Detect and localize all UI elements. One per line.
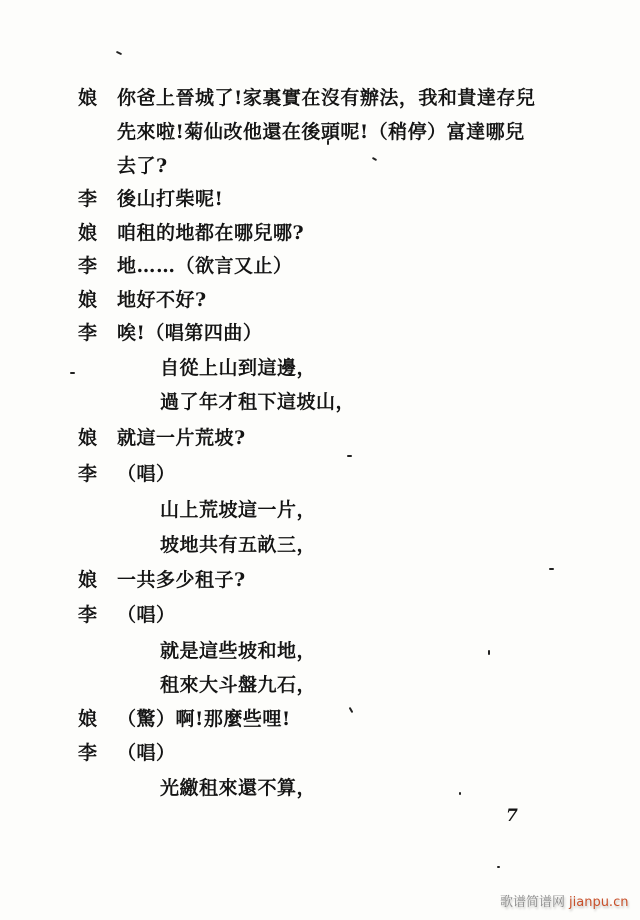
- dialogue-text: 就這一片荒坡?: [117, 424, 246, 452]
- dialogue-text: （驚）啊!那麼些哩!: [117, 705, 291, 733]
- dialogue-text: 你爸上晉城了!家裏實在沒有辦法，我和貴達存兒: [117, 84, 535, 112]
- verse-text: 就是這些坡和地，: [160, 637, 316, 665]
- scan-speck: [549, 568, 554, 570]
- watermark: 歌谱简谱网jianpu.cn: [500, 891, 628, 910]
- verse-text: 租來大斗盤九石，: [160, 671, 316, 699]
- dialogue-text: 地好不好?: [117, 286, 207, 314]
- scan-speck: [349, 707, 354, 713]
- dialogue-text: （唱）: [117, 601, 176, 629]
- verse-text: 光繳租來還不算，: [160, 774, 316, 802]
- dialogue-text: 去了?: [117, 152, 168, 180]
- page-number: 7: [506, 806, 518, 826]
- scan-speck: [497, 866, 500, 868]
- speaker-label: 娘: [78, 219, 102, 247]
- scan-speck: [372, 157, 377, 161]
- scan-speck: [116, 51, 122, 55]
- speaker-label: 李: [78, 319, 102, 347]
- dialogue-text: 地……（欲言又止）: [117, 252, 293, 280]
- dialogue-text: 一共多少租子?: [117, 566, 246, 594]
- scanned-page: 娘你爸上晉城了!家裏實在沒有辦法，我和貴達存兒先來啦!菊仙改他還在後頭呢!（稍停…: [0, 0, 640, 920]
- speaker-label: 娘: [78, 286, 102, 314]
- verse-text: 山上荒坡這一片，: [160, 496, 316, 524]
- scan-speck: [347, 455, 352, 457]
- dialogue-text: （唱）: [117, 460, 176, 488]
- dialogue-text: 先來啦!菊仙改他還在後頭呢!（稍停）富達哪兒: [117, 118, 525, 146]
- verse-text: 坡地共有五畝三，: [160, 531, 316, 559]
- speaker-label: 李: [78, 252, 102, 280]
- speaker-label: 娘: [78, 566, 102, 594]
- scan-speck: [327, 140, 329, 145]
- watermark-label: 歌谱简谱网: [500, 895, 565, 910]
- scan-speck: [488, 650, 490, 655]
- speaker-label: 李: [78, 739, 102, 767]
- dialogue-text: 咱租的地都在哪兒哪?: [117, 219, 304, 247]
- scan-speck: [459, 792, 461, 795]
- verse-text: 過了年才租下這坡山，: [160, 388, 355, 416]
- watermark-domain: jianpu.cn: [569, 895, 628, 910]
- speaker-label: 娘: [78, 84, 102, 112]
- dialogue-text: 唉!（唱第四曲）: [117, 319, 262, 347]
- speaker-label: 娘: [78, 705, 102, 733]
- verse-text: 自從上山到這邊，: [160, 354, 316, 382]
- scan-speck: [70, 372, 75, 374]
- speaker-label: 李: [78, 460, 102, 488]
- dialogue-text: 後山打柴呢!: [117, 185, 223, 213]
- dialogue-text: （唱）: [117, 739, 176, 767]
- speaker-label: 李: [78, 601, 102, 629]
- speaker-label: 娘: [78, 424, 102, 452]
- speaker-label: 李: [78, 185, 102, 213]
